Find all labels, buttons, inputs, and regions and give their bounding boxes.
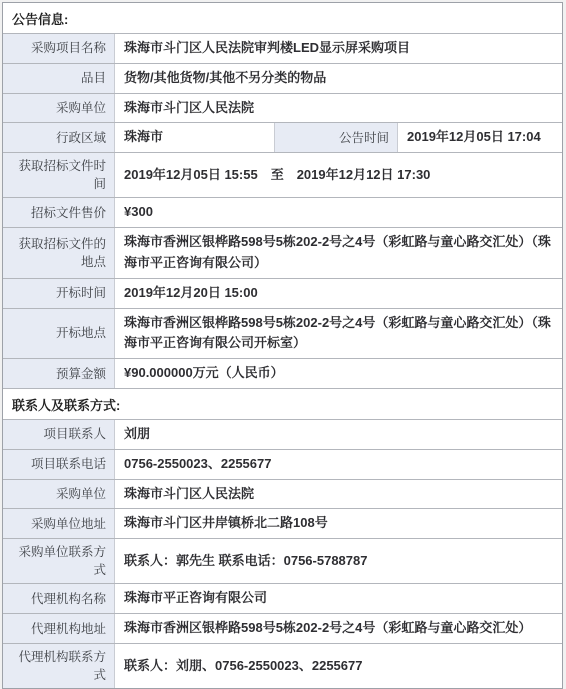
purchaser-label: 采购单位: [3, 94, 115, 123]
purchaser-unit-label: 采购单位: [3, 480, 115, 509]
table-row: 采购单位 珠海市斗门区人民法院: [3, 94, 562, 124]
contact-section-title: 联系人及联系方式:: [3, 389, 120, 419]
project-phone-value: 0756-2550023、2255677: [115, 450, 562, 479]
table-row: 采购单位地址 珠海市斗门区井岸镇桥北二路108号: [3, 509, 562, 539]
announcement-section-header-row: 公告信息:: [3, 3, 562, 34]
project-name-value: 珠海市斗门区人民法院审判楼LED显示屏采购项目: [115, 34, 562, 63]
purchaser-unit-value: 珠海市斗门区人民法院: [115, 480, 562, 509]
table-row: 招标文件售价 ¥300: [3, 198, 562, 228]
doc-obtain-time-label: 获取招标文件时间: [3, 153, 115, 197]
doc-obtain-place-value: 珠海市香洲区银桦路598号5栋202-2号之4号（彩虹路与童心路交汇处）（珠海市…: [115, 228, 562, 278]
table-row: 预算金额 ¥90.000000万元（人民币）: [3, 359, 562, 389]
purchaser-value: 珠海市斗门区人民法院: [115, 94, 562, 123]
announcement-section-title: 公告信息:: [3, 3, 68, 33]
doc-price-value: ¥300: [115, 198, 562, 227]
bid-opening-place-label: 开标地点: [3, 309, 115, 359]
table-row: 采购项目名称 珠海市斗门区人民法院审判楼LED显示屏采购项目: [3, 34, 562, 64]
bid-opening-place-value: 珠海市香洲区银桦路598号5栋202-2号之4号（彩虹路与童心路交汇处）（珠海市…: [115, 309, 562, 359]
purchaser-address-value: 珠海市斗门区井岸镇桥北二路108号: [115, 509, 562, 538]
purchaser-contact-value: 联系人：郭先生 联系电话：0756-5788787: [115, 539, 562, 583]
table-row: 采购单位联系方式 联系人：郭先生 联系电话：0756-5788787: [3, 539, 562, 584]
region-value: 珠海市: [115, 123, 274, 152]
project-phone-label: 项目联系电话: [3, 450, 115, 479]
table-row: 项目联系电话 0756-2550023、2255677: [3, 450, 562, 480]
project-contact-label: 项目联系人: [3, 420, 115, 449]
region-label: 行政区域: [3, 123, 115, 152]
category-value: 货物/其他货物/其他不另分类的物品: [115, 64, 562, 93]
agency-name-label: 代理机构名称: [3, 584, 115, 613]
table-row: 采购单位 珠海市斗门区人民法院: [3, 480, 562, 510]
table-row: 代理机构名称 珠海市平正咨询有限公司: [3, 584, 562, 614]
agency-name-value: 珠海市平正咨询有限公司: [115, 584, 562, 613]
table-row: 行政区域 珠海市 公告时间 2019年12月05日 17:04: [3, 123, 562, 153]
category-label: 品目: [3, 64, 115, 93]
table-row: 开标地点 珠海市香洲区银桦路598号5栋202-2号之4号（彩虹路与童心路交汇处…: [3, 309, 562, 360]
procurement-announcement-table: 公告信息: 采购项目名称 珠海市斗门区人民法院审判楼LED显示屏采购项目 品目 …: [2, 2, 563, 630]
contact-section-header-row: 联系人及联系方式:: [3, 389, 562, 420]
bid-opening-time-value: 2019年12月20日 15:00: [115, 279, 562, 308]
table-row: 获取招标文件时间 2019年12月05日 15:55 至 2019年12月12日…: [3, 153, 562, 198]
purchaser-address-label: 采购单位地址: [3, 509, 115, 538]
table-row: 获取招标文件的地点 珠海市香洲区银桦路598号5栋202-2号之4号（彩虹路与童…: [3, 228, 562, 279]
doc-price-label: 招标文件售价: [3, 198, 115, 227]
table-row: 项目联系人 刘朋: [3, 420, 562, 450]
table-row: 品目 货物/其他货物/其他不另分类的物品: [3, 64, 562, 94]
bid-opening-time-label: 开标时间: [3, 279, 115, 308]
table-row: 开标时间 2019年12月20日 15:00: [3, 279, 562, 309]
announce-time-value: 2019年12月05日 17:04: [398, 123, 562, 152]
agency-address-label: 代理机构地址: [3, 614, 115, 630]
table-row: 代理机构地址 珠海市香洲区银桦路598号5栋202-2号之4号（彩虹路与童心路交…: [3, 614, 562, 630]
project-contact-value: 刘朋: [115, 420, 562, 449]
budget-value: ¥90.000000万元（人民币）: [115, 359, 562, 388]
agency-address-value: 珠海市香洲区银桦路598号5栋202-2号之4号（彩虹路与童心路交汇处）: [115, 614, 562, 630]
project-name-label: 采购项目名称: [3, 34, 115, 63]
announce-time-label: 公告时间: [274, 123, 398, 152]
doc-obtain-place-label: 获取招标文件的地点: [3, 228, 115, 278]
budget-label: 预算金额: [3, 359, 115, 388]
purchaser-contact-label: 采购单位联系方式: [3, 539, 115, 583]
doc-obtain-time-value: 2019年12月05日 15:55 至 2019年12月12日 17:30: [115, 153, 562, 197]
